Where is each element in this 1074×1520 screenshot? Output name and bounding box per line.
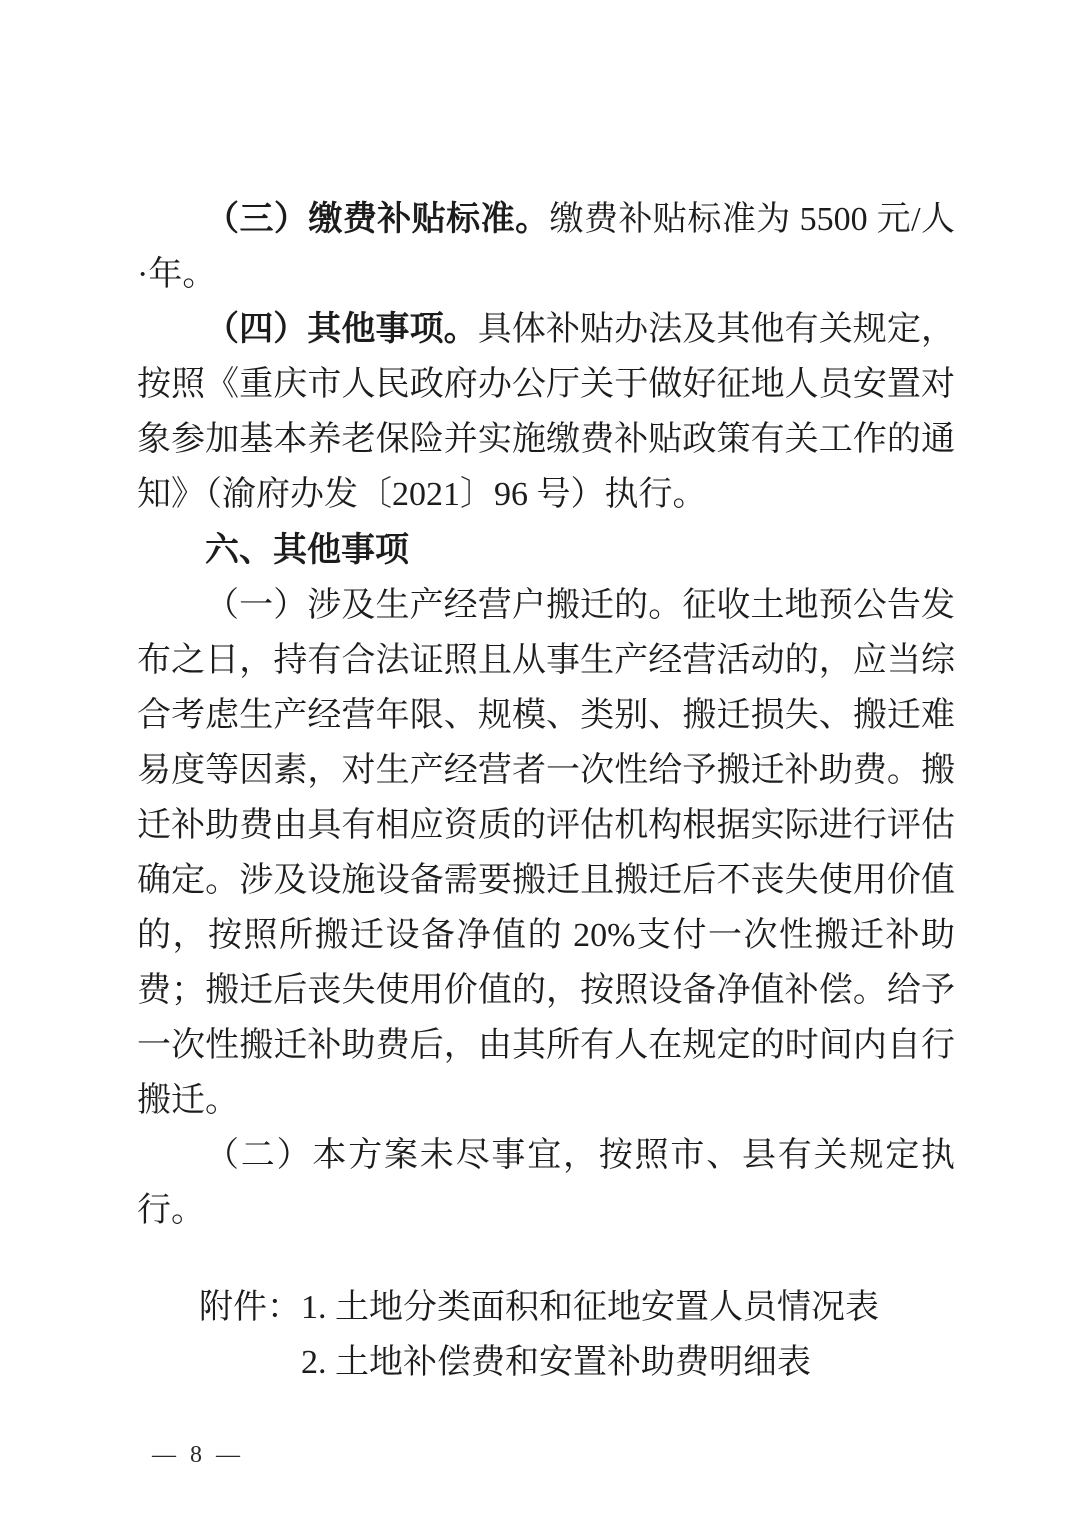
page-number: — 8 — xyxy=(152,1442,244,1468)
page-footer: — 8 — xyxy=(152,1442,244,1469)
paragraph-lead-label: （四）其他事项。 xyxy=(205,311,478,348)
paragraph-subsidy-standard: （三）缴费补贴标准。缴费补贴标准为 5500 元/人·年。 xyxy=(137,192,955,302)
attachments-list: 1. 土地分类面积和征地安置人员情况表 2. 土地补偿费和安置补助费明细表 xyxy=(301,1280,955,1390)
attachments-label: 附件： xyxy=(199,1280,301,1335)
attachment-item: 1. 土地分类面积和征地安置人员情况表 xyxy=(301,1280,955,1335)
document-body: （三）缴费补贴标准。缴费补贴标准为 5500 元/人·年。 （四）其他事项。具体… xyxy=(137,192,955,1390)
paragraph-other-matters: （四）其他事项。具体补贴办法及其他有关规定，按照《重庆市人民政府办公厅关于做好征… xyxy=(137,302,955,522)
paragraph-relocation: （一）涉及生产经营户搬迁的。征收土地预公告发布之日，持有合法证照且从事生产经营活… xyxy=(137,578,955,1128)
attachment-item: 2. 土地补偿费和安置补助费明细表 xyxy=(301,1335,955,1390)
document-page: （三）缴费补贴标准。缴费补贴标准为 5500 元/人·年。 （四）其他事项。具体… xyxy=(0,0,1074,1520)
paragraph-catchall: （二）本方案未尽事宜，按照市、县有关规定执行。 xyxy=(137,1128,955,1238)
attachments-block: 附件： 1. 土地分类面积和征地安置人员情况表 2. 土地补偿费和安置补助费明细… xyxy=(137,1280,955,1390)
paragraph-lead-label: （三）缴费补贴标准。 xyxy=(205,201,550,238)
section-heading: 六、其他事项 xyxy=(137,522,955,578)
